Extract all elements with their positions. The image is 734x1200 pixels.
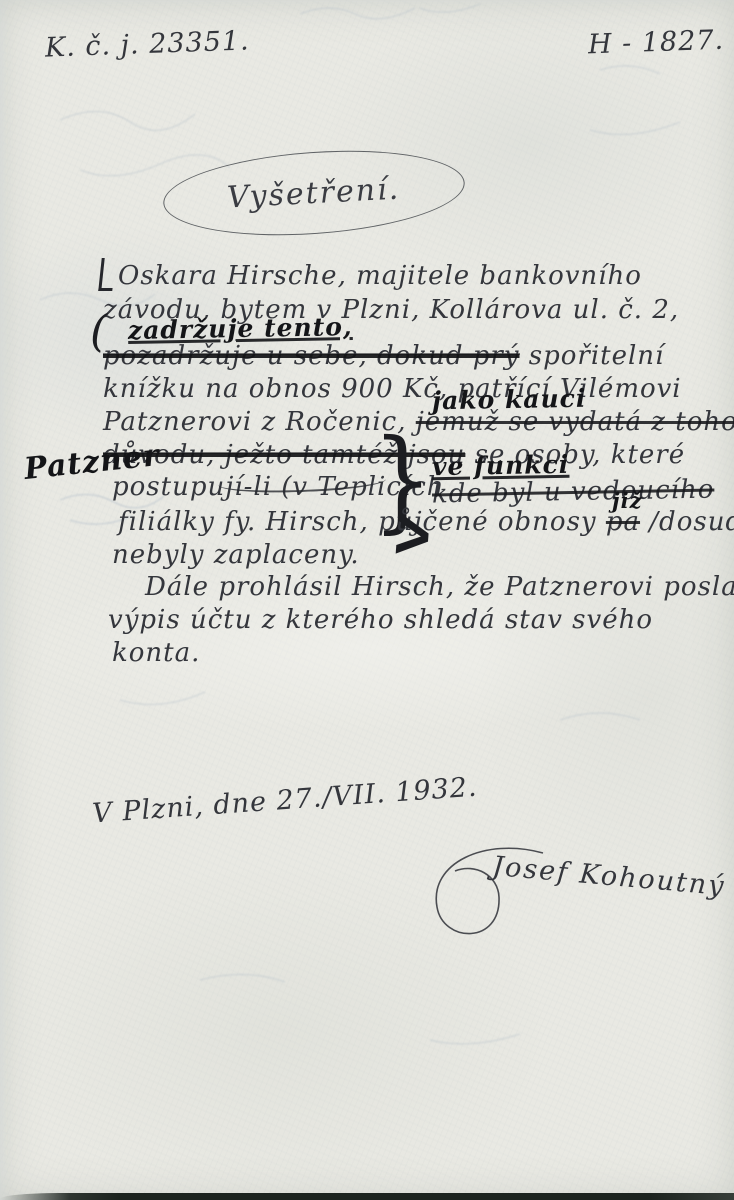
body-line-7-struck: kde byl u vedoucího bbox=[432, 476, 715, 510]
body-line-4: knížku na obnos 900 Kč, patřící Vilémovi bbox=[103, 375, 682, 404]
body-line-8-start: filiálky fy. Hirsch, půjčené obnosy bbox=[118, 507, 597, 537]
body-line-3-rest: spořitelní bbox=[529, 341, 665, 371]
page-bottom-edge bbox=[0, 1193, 734, 1200]
inserted-text-zadrzuje: zadržuje tento, bbox=[128, 313, 353, 344]
reference-number-right: H - 1827. bbox=[588, 26, 725, 60]
body-line-9: nebyly zaplaceny. bbox=[112, 541, 360, 570]
inserted-text-jiz: již bbox=[612, 489, 643, 512]
struck-text: pozadržuje u sebe, dokud prý bbox=[103, 341, 520, 371]
document-title: Vyšetření. bbox=[227, 171, 402, 215]
body-line-1: Oskara Hirsche, majitele bankovního bbox=[118, 262, 642, 291]
scanned-handwritten-document: K. č. j. 23351. H - 1827. Vyšetření. Osk… bbox=[0, 0, 734, 1200]
para2-line-2: výpis účtu z kterého shledá stav svého bbox=[108, 606, 653, 635]
para2-line-3: konta. bbox=[112, 639, 200, 668]
editing-caret-mark: > bbox=[389, 488, 437, 577]
para2-line-1: Dále prohlásil Hirsch, že Patznerovi pos… bbox=[145, 573, 734, 602]
inserted-text-ve-funkci: ve funkci bbox=[432, 451, 570, 481]
body-line-5-start: Patznerovi z Ročenic, bbox=[103, 407, 406, 437]
body-line-3: pozadržuje u sebe, dokud prý spořitelní bbox=[103, 342, 664, 371]
struck-text: jemuž se vydatá z toho bbox=[416, 407, 734, 437]
body-line-8-end: /dosud bbox=[649, 507, 734, 537]
